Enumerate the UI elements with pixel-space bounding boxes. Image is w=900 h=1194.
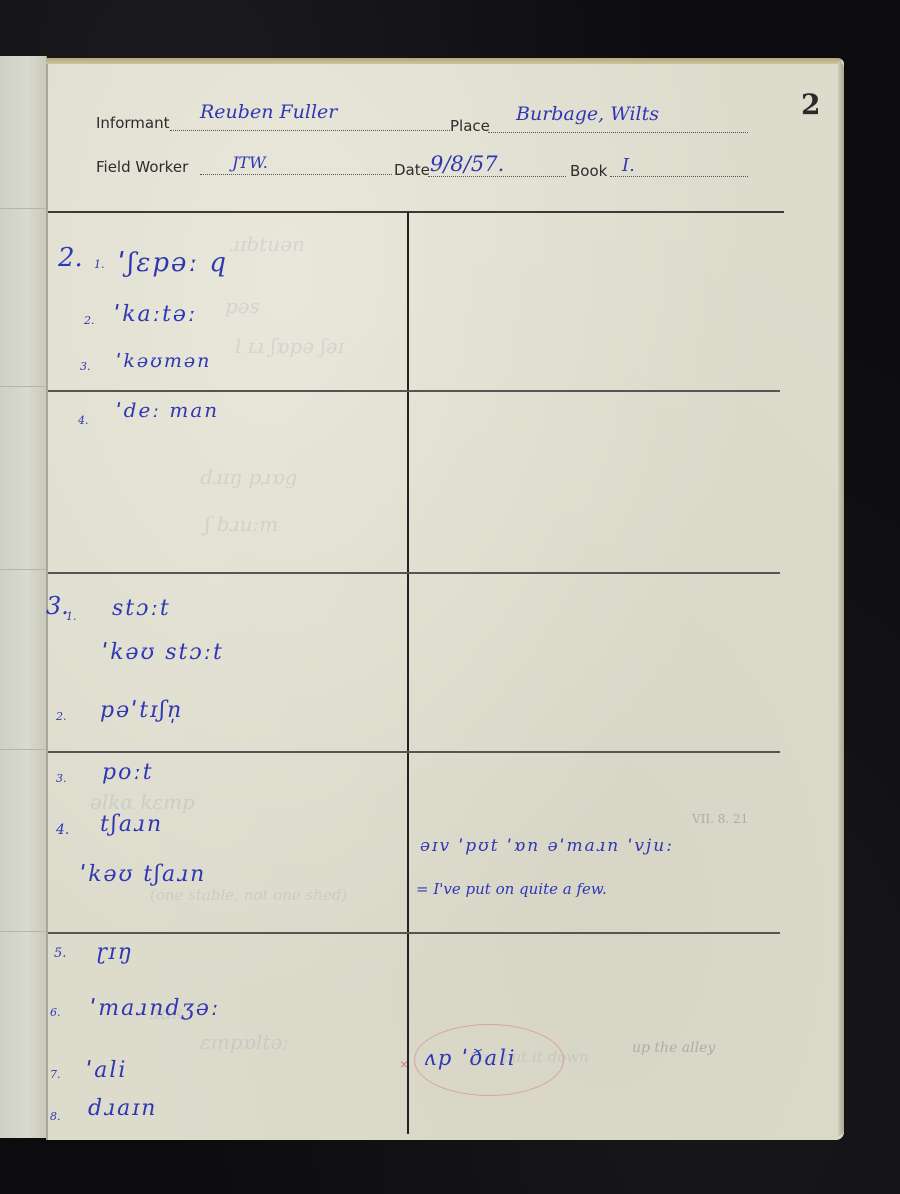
item-ipa-compound: ˈkəʊ stɔːt — [102, 640, 224, 665]
item-ipa-compound: ˈkəʊ tʃaɹn — [80, 862, 206, 887]
item-ipa: dɹaɪn — [88, 1096, 157, 1121]
item-num: 4. — [78, 414, 89, 427]
item-ipa: ɽɪŋ — [96, 940, 134, 965]
item-ipa: poːt — [102, 760, 154, 785]
item-ipa: ˈʃɛpəː q — [118, 248, 228, 278]
pencil-gloss: up the alley — [632, 1040, 715, 1056]
book-line — [610, 176, 748, 177]
item-num: 7. — [50, 1068, 61, 1081]
item-ipa: pəˈtɪʃn̩ — [100, 698, 183, 723]
column-divider — [407, 212, 409, 1134]
row-rule-2 — [48, 572, 780, 574]
item-num: 8. — [50, 1110, 61, 1123]
item-num: 4. — [56, 822, 69, 838]
date-value: 9/8/57. — [430, 152, 504, 176]
row-rule-1 — [48, 390, 780, 392]
page-right-edge — [838, 62, 844, 1136]
informant-line — [170, 130, 450, 131]
date-line — [428, 176, 566, 177]
item-num: 5. — [54, 946, 66, 961]
item-num: 3. — [80, 360, 91, 373]
page-number: 2 — [801, 88, 820, 121]
book-label: Book — [570, 162, 607, 180]
correction-mark: × — [400, 1056, 408, 1072]
item-num: 1. — [66, 610, 77, 623]
item-ipa: ˈali — [86, 1058, 127, 1083]
item-ipa: ˈkaːtəː — [114, 302, 197, 327]
note-ipa: əɪv ˈpʊt ˈɒn əˈmaɹn ˈvju: — [420, 836, 674, 856]
page-top-edge — [46, 58, 842, 64]
note-reference: VII. 8. 21 — [692, 812, 748, 826]
book-value: I. — [622, 155, 635, 176]
item-ipa: ˈdeː man — [116, 398, 219, 422]
field-worker-line — [200, 174, 392, 175]
item-num: 1. — [94, 258, 105, 271]
table-top-rule — [48, 211, 784, 213]
row-rule-3 — [48, 751, 780, 753]
item-num: 3. — [56, 772, 67, 785]
item-ipa: ˈmaɹndʒəː — [90, 996, 220, 1021]
field-worker-value: JTW. — [232, 153, 268, 172]
circled-ipa: ʌp ˈðali — [424, 1046, 517, 1070]
field-worker-label: Field Worker — [96, 158, 188, 176]
section-2-heading: 2. — [58, 243, 83, 273]
item-num: 2. — [56, 710, 67, 723]
informant-value: Reuben Fuller — [200, 101, 337, 123]
item-ipa: stɔːt — [112, 596, 171, 621]
place-value: Burbage, Wilts — [516, 103, 659, 125]
facing-page-edge — [0, 56, 47, 1138]
informant-label: Informant — [96, 114, 169, 132]
row-rule-4 — [48, 932, 780, 934]
note-gloss: = I've put on quite a few. — [416, 880, 607, 898]
item-num: 6. — [50, 1006, 61, 1019]
item-ipa: tʃaɹn — [100, 812, 163, 837]
place-label: Place — [450, 117, 490, 135]
place-line — [488, 132, 748, 133]
date-label: Date — [394, 161, 430, 179]
item-ipa: ˈkəʊmən — [116, 350, 211, 372]
item-num: 2. — [84, 314, 95, 327]
